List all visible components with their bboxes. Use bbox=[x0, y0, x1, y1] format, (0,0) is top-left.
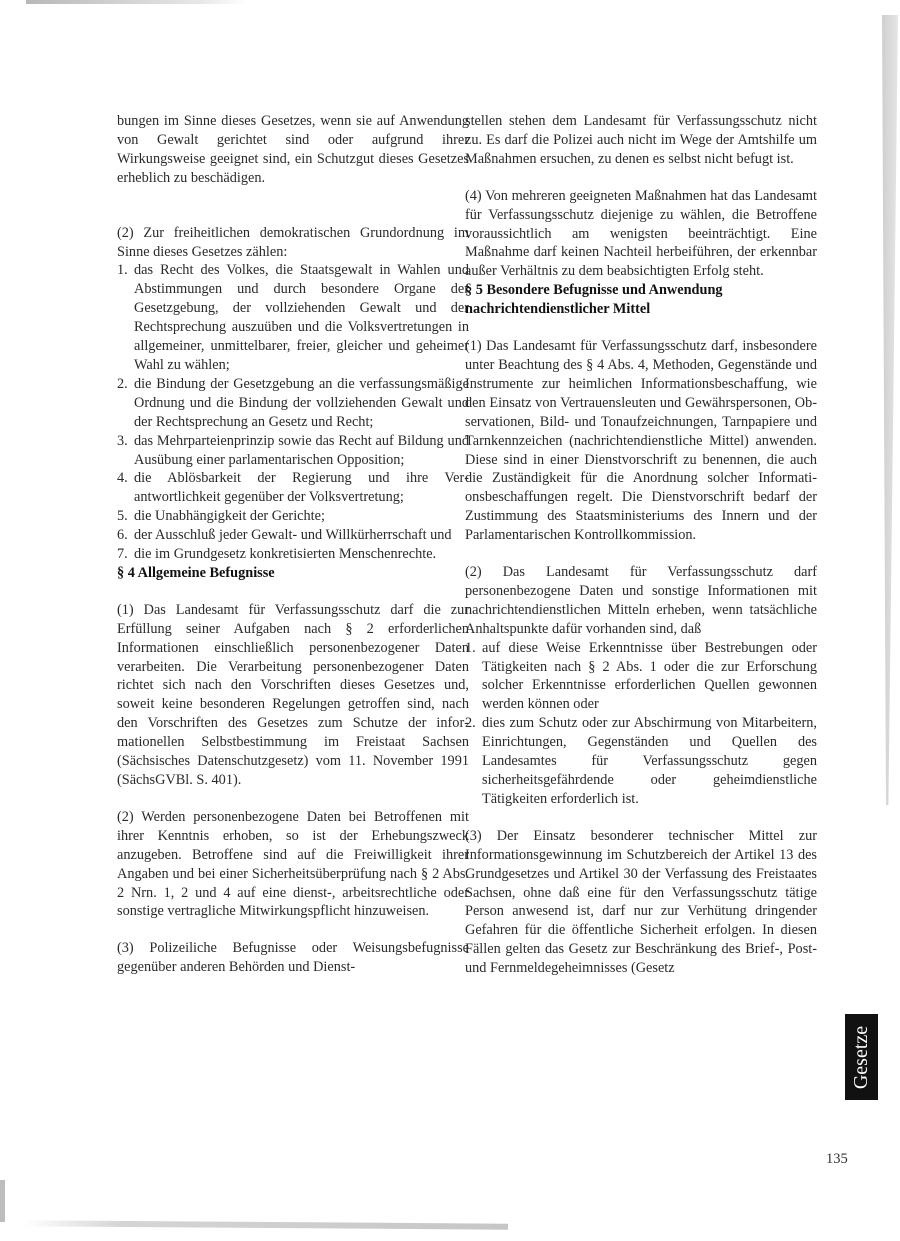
paragraph-continued: bungen im Sinne dieses Gesetzes, wenn si… bbox=[117, 112, 469, 188]
list-item: 1.auf diese Weise Erkenntnisse über Best… bbox=[465, 639, 817, 715]
paragraph-5-2-lead: (2) Das Landesamt für Verfassungsschutz … bbox=[465, 563, 817, 639]
paragraph-4-3-end: stellen stehen dem Landesamt für Verfass… bbox=[465, 112, 817, 169]
right-column: stellen stehen dem Landesamt für Verfass… bbox=[465, 112, 817, 978]
left-column: bungen im Sinne dieses Gesetzes, wenn si… bbox=[117, 112, 469, 977]
scan-edge-bottom bbox=[24, 1220, 508, 1229]
list-item: 5.die Unabhängigkeit der Gerichte; bbox=[117, 507, 469, 526]
fdgo-list: 1.das Recht des Volkes, die Staatsgewalt… bbox=[117, 261, 469, 564]
list-item: 7.die im Grundgesetz konkretisierten Men… bbox=[117, 545, 469, 564]
scan-edge-right bbox=[882, 15, 898, 805]
scan-edge-left bbox=[0, 1180, 5, 1222]
chapter-tab: Gesetze bbox=[845, 1014, 878, 1100]
paragraph-4-1: (1) Das Landesamt für Verfassungsschutz … bbox=[117, 601, 469, 790]
scan-edge-top bbox=[26, 0, 246, 4]
paragraph-5-3: (3) Der Einsatz besonderer technischer M… bbox=[465, 827, 817, 978]
conditions-list: 1.auf diese Weise Erkenntnisse über Best… bbox=[465, 639, 817, 809]
list-item: 4.die Ablösbarkeit der Regierung und ihr… bbox=[117, 469, 469, 507]
list-item: 2.die Bindung der Gesetzgebung an die ve… bbox=[117, 375, 469, 432]
list-item: 2.dies zum Schutz oder zur Abschirmung v… bbox=[465, 714, 817, 809]
section-4-heading: § 4 Allgemeine Befugnisse bbox=[117, 564, 469, 583]
list-item: 1.das Recht des Volkes, die Staatsgewalt… bbox=[117, 261, 469, 374]
paragraph-4-4: (4) Von mehreren geeigneten Maßnahmen ha… bbox=[465, 187, 817, 282]
paragraph-4-3-start: (3) Polizeiliche Befugnisse oder Weisung… bbox=[117, 939, 469, 977]
list-item: 6.der Ausschluß jeder Gewalt- und Willkü… bbox=[117, 526, 469, 545]
page-number: 135 bbox=[826, 1151, 848, 1168]
paragraph-4-2: (2) Werden personenbezogene Daten bei Be… bbox=[117, 808, 469, 921]
section-5-heading: § 5 Besondere Befugnisse und Anwendung n… bbox=[465, 281, 817, 319]
list-item: 3.das Mehrparteienprinzip sowie das Rech… bbox=[117, 432, 469, 470]
paragraph-3-2-lead: (2) Zur freiheitlichen demokratischen Gr… bbox=[117, 224, 469, 262]
chapter-tab-label: Gesetze bbox=[850, 1025, 873, 1088]
paragraph-5-1: (1) Das Landesamt für Verfassungsschutz … bbox=[465, 337, 817, 545]
